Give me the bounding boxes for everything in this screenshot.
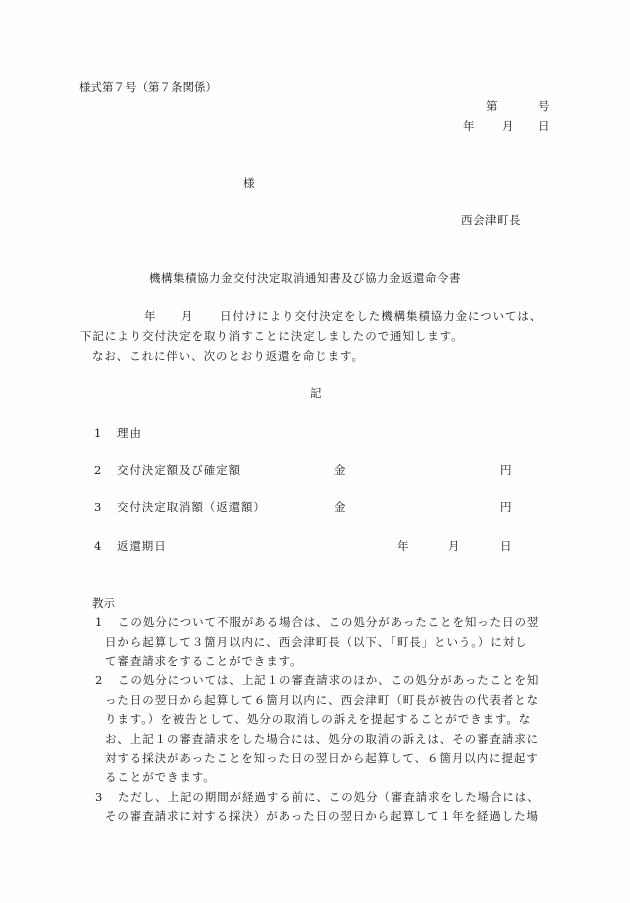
item-3-num: 3 — [94, 502, 101, 514]
notice-3-num: 3 — [95, 792, 102, 804]
item-4-day: 日 — [500, 541, 512, 553]
item-3-unit: 円 — [500, 502, 512, 514]
item-4-num: 4 — [94, 541, 101, 553]
notice-2-line-2: った日の翌日から起算して６箇月以内に、西会津町（町長が被告の代表者とな — [105, 695, 539, 707]
doc-number-prefix: 第 — [486, 101, 498, 113]
item-3-prefix: 金 — [334, 502, 346, 514]
doc-number-suffix: 号 — [538, 101, 550, 113]
notice-1-line-1: この処分について不服がある場合は、この処分があったことを知った日の翌 — [118, 617, 539, 629]
notice-1-num: 1 — [95, 617, 102, 629]
body-line-1: 日付けにより交付決定をした機構集積協力金については、 — [220, 311, 542, 323]
item-4-month: 月 — [448, 541, 460, 553]
item-2-num: 2 — [94, 465, 101, 477]
item-4-year: 年 — [397, 541, 409, 553]
notice-2-line-1: この処分については、上記１の審査請求のほか、この処分があったことを知 — [118, 675, 539, 687]
body-line-3: なお、これに伴い、次のとおり返還を命じます。 — [92, 351, 364, 363]
addressee-honorific: 様 — [243, 178, 255, 190]
body-year: 年 — [144, 311, 156, 323]
item-4-label: 返還期日 — [117, 541, 167, 553]
notice-3-line-2: その審査請求に対する採決）があった日の翌日から起算して１年を経過した場 — [105, 811, 539, 823]
notice-2-num: 2 — [95, 675, 102, 687]
document-title: 機構集積協力金交付決定取消通知書及び協力金返還命令書 — [149, 273, 461, 285]
notice-2-line-5: 対する採決があったことを知った日の翌日から起算して、６箇月以内に提起す — [105, 753, 539, 765]
body-line-2: 下記により交付決定を取り消すことに決定しましたので通知します。 — [80, 331, 463, 343]
notice-2-line-4: お、上記１の審査請求をした場合には、処分の取消の訴えは、その審査請求に — [105, 734, 539, 746]
item-3-label: 交付決定取消額（返還額） — [117, 502, 266, 514]
item-1-num: 1 — [94, 428, 101, 440]
notice-1-line-3: て審査請求をすることができます。 — [105, 656, 302, 668]
date-month: 月 — [502, 121, 514, 133]
notice-1-line-2: 日から起算して３箇月以内に、西会津町長（以下、「町長」という。）に対し — [105, 637, 528, 649]
item-2-prefix: 金 — [334, 465, 346, 477]
item-2-label: 交付決定額及び確定額 — [117, 465, 241, 477]
form-number: 様式第７号（第７条関係） — [79, 82, 217, 94]
item-1-label: 理由 — [117, 428, 142, 440]
notice-2-line-6: ることができます。 — [105, 772, 216, 784]
date-day: 日 — [538, 121, 550, 133]
body-month: 月 — [181, 311, 193, 323]
date-year: 年 — [463, 121, 475, 133]
ki-heading: 記 — [310, 388, 322, 400]
notice-2-line-3: ります。）を被告として、処分の取消しの訴えを提起することができます。な — [105, 714, 531, 726]
notice-heading: 教示 — [92, 598, 115, 610]
notice-3-line-1: ただし、上記の期間が経過する前に、この処分（審査請求をした場合には、 — [118, 792, 540, 804]
issuer: 西会津町長 — [461, 215, 521, 227]
item-2-unit: 円 — [500, 465, 512, 477]
